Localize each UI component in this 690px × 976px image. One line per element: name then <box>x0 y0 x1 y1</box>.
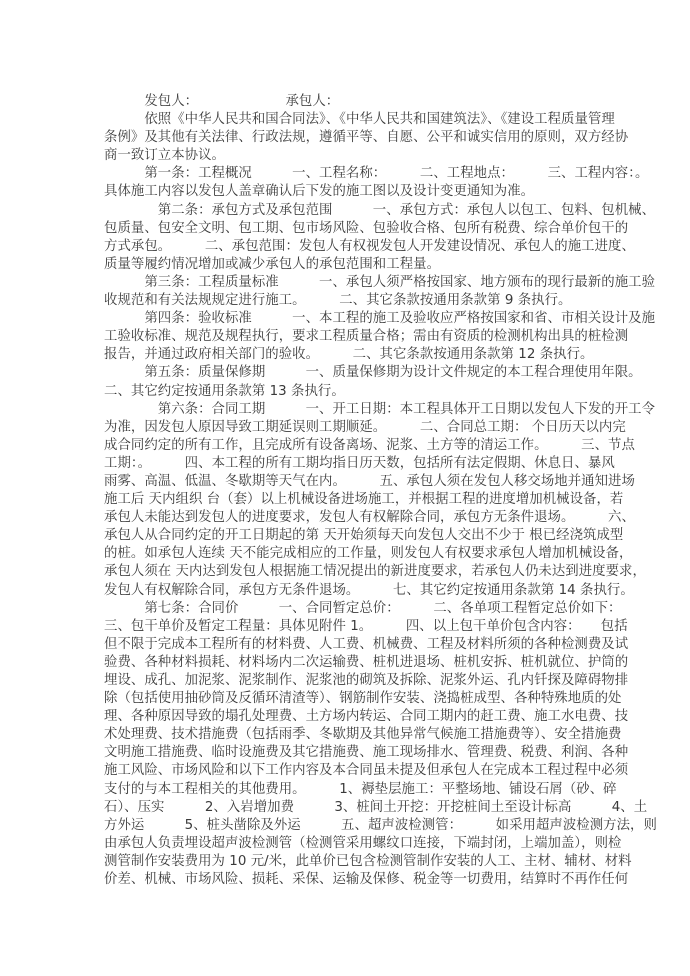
text-line: 包质量、包安全文明、包工期、包市场风险、包验收合格、包所有税费、综合单价包干的 <box>104 220 588 238</box>
text-line: 雨雾、高温、低温、冬歇期等天气在内。 五、承包人须在发包人移交场地并通知进场 <box>104 473 588 491</box>
article-1-line: 第一条：工程概况 一、工程名称： 二、工程地点： 三、工程内容：。 <box>104 165 588 183</box>
article-7-line: 第七条：合同价 一、合同暂定总价： 二、各单项工程暂定总价如下： <box>104 600 588 618</box>
article-3-line: 第三条：工程质量标准 一、承包人须严格按国家、地方颁布的现行最新的施工验 <box>104 274 588 292</box>
contract-body-text: 发包人： 承包人： 依照《中华人民共和国合同法》、《中华人民共和国建筑法》、《建… <box>104 93 588 889</box>
text-line: 由承包人负责埋设超声波检测管（检测管采用螺纹口连接，下端封闭，上端加盖），则检 <box>104 835 588 853</box>
text-line: 二、其它约定按通用条款第 13 条执行。 <box>104 383 588 401</box>
text-line: 测管制作安装费用为 10 元/米，此单价已包含检测管制作安装的人工、主材、辅材、… <box>104 853 588 871</box>
text-line: 具体施工内容以发包人盖章确认后下发的施工图以及设计变更通知为准。 <box>104 183 588 201</box>
text-line: 除（包括使用抽砂筒及反循环清渣等）、钢筋制作安装、浇捣桩成型、各种特殊地质的处 <box>104 690 588 708</box>
text-line: 报告，并通过政府相关部门的验收。 二、其它条款按通用条款第 12 条执行。 <box>104 346 588 364</box>
text-line: 文明施工措施费、临时设施费及其它措施费、施工现场排水、管理费、税费、利润、各种 <box>104 744 588 762</box>
text-line: 埋设、成孔、加泥浆、泥浆制作、泥浆池的砌筑及拆除、泥浆外运、孔内钎探及障碍物排 <box>104 672 588 690</box>
text-line: 术处理费、技术措施费（包括雨季、冬歇期及其他异常气候施工措施费等）、安全措施费 <box>104 726 588 744</box>
text-line: 发包人有权解除合同，承包方无条件退场。 七、其它约定按通用条款第 14 条执行。 <box>104 582 588 600</box>
text-line: 施工后 天内组织 台（套）以上机械设备进场施工，并根据工程的进度增加机械设备，若 <box>104 491 588 509</box>
text-line: 承包人须在 天内达到发包人根据施工情况提出的新进度要求，若承包人仍未达到进度要求… <box>104 563 588 581</box>
text-line: 理、各种原因导致的塌孔处理费、土方场内转运、合同工期内的赶工费、施工水电费、技 <box>104 708 588 726</box>
article-4-line: 第四条：验收标准 一、本工程的施工及验收应严格按国家和省、市相关设计及施 <box>104 310 588 328</box>
text-line: 验费、各种材料损耗、材料场内二次运输费、桩机进退场、桩机安拆、桩机就位、护筒的 <box>104 654 588 672</box>
text-line: 依照《中华人民共和国合同法》、《中华人民共和国建筑法》、《建设工程质量管理 <box>104 111 588 129</box>
text-line: 石）、压实 2、入岩增加费 3、桩间土开挖：开挖桩间土至设计标高 4、土 <box>104 799 588 817</box>
article-2-line: 第二条：承包方式及承包范围 一、承包方式：承包人以包工、包料、包机械、 <box>104 202 588 220</box>
text-line: 承包人从合同约定的开工日期起的第 天开始须每天向发包人交出不少于 根已经浇筑成型 <box>104 527 588 545</box>
text-line: 承包人未能达到发包人的进度要求，发包人有权解除合同，承包方无条件退场。 六、 <box>104 509 588 527</box>
text-line: 为准，因发包人原因导致工期延误则工期顺延。 二、合同总工期： 个日历天以内完 <box>104 419 588 437</box>
text-line: 方外运 5、桩头凿除及外运 五、超声波检测管： 如采用超声波检测方法，则 <box>104 817 588 835</box>
text-line: 三、包干单价及暂定工程量：具体见附件 1。 四、以上包干单价包含内容： 包括 <box>104 618 588 636</box>
text-line: 价差、机械、市场风险、损耗、采保、运输及保修、税金等一切费用，结算时不再作任何 <box>104 871 588 889</box>
text-line: 工验收标准、规范及规程执行，要求工程质量合格；需由有资质的检测机构出具的桩检测 <box>104 328 588 346</box>
text-line-parties: 发包人： 承包人： <box>104 93 588 111</box>
text-line: 施工风险、市场风险和以下工作内容及本合同虽未提及但承包人在完成本工程过程中必须 <box>104 762 588 780</box>
text-line: 方式承包。 二、承包范围：发包人有权视发包人开发建设情况、承包人的施工进度、 <box>104 238 588 256</box>
text-line: 支付的与本工程相关的其他费用。 1、褥垫层施工：平整场地、铺设石屑（砂、碎 <box>104 781 588 799</box>
document-page: 发包人： 承包人： 依照《中华人民共和国合同法》、《中华人民共和国建筑法》、《建… <box>0 0 690 976</box>
text-line: 的桩。如承包人连续 天不能完成相应的工作量，则发包人有权要求承包人增加机械设备， <box>104 545 588 563</box>
text-line: 收规范和有关法规规定进行施工。 二、其它条款按通用条款第 9 条执行。 <box>104 292 588 310</box>
text-line: 商一致订立本协议。 <box>104 147 588 165</box>
text-line: 质量等履约情况增加或减少承包人的承包范围和工程量。 <box>104 256 588 274</box>
text-line: 但不限于完成本工程所有的材料费、人工费、机械费、工程及材料所须的各种检测费及试 <box>104 636 588 654</box>
text-line: 成合同约定的所有工作，且完成所有设备离场、泥浆、土方等的清运工作。 三、节点 <box>104 437 588 455</box>
text-line: 条例》及其他有关法律、行政法规，遵循平等、自愿、公平和诚实信用的原则，双方经协 <box>104 129 588 147</box>
text-line: 工期：。 四、本工程的所有工期均指日历天数，包括所有法定假期、休息日、暴风 <box>104 455 588 473</box>
article-6-line: 第六条：合同工期 一、开工日期：本工程具体开工日期以发包人下发的开工令 <box>104 401 588 419</box>
article-5-line: 第五条：质量保修期 一、质量保修期为设计文件规定的本工程合理使用年限。 <box>104 364 588 382</box>
